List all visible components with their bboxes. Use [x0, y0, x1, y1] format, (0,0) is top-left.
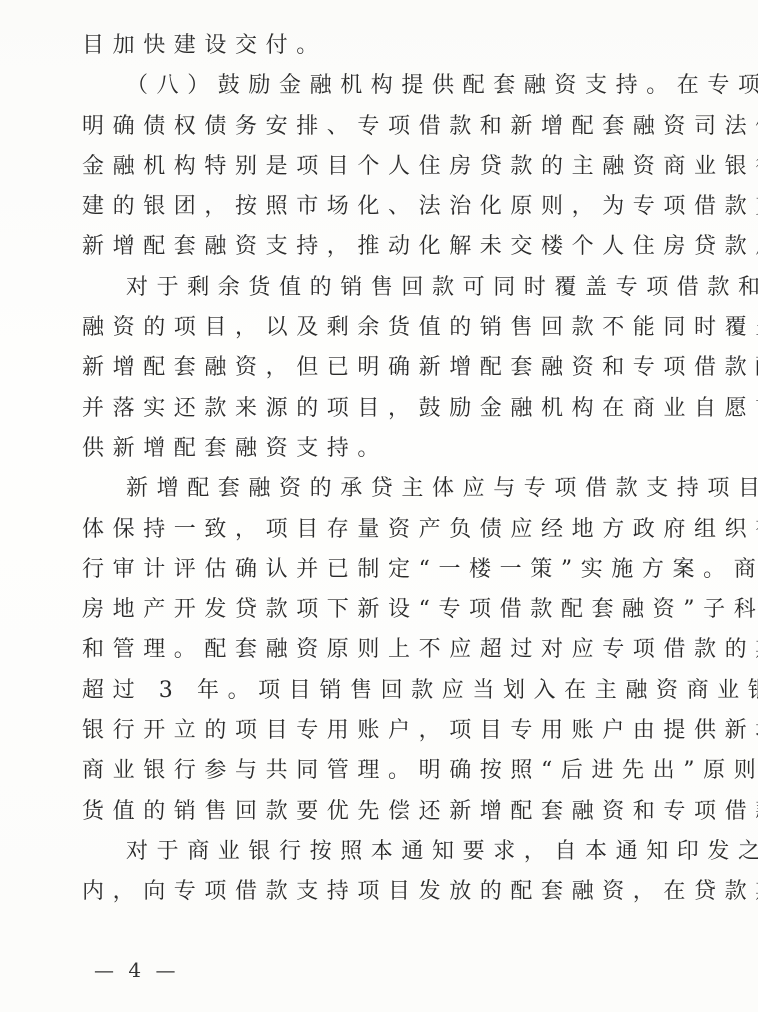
text-line: 超过 3 年。项目销售回款应当划入在主融资商业银行或其他商业: [82, 671, 704, 711]
text-line: 目加快建设交付。: [82, 26, 704, 66]
paragraph-first-line: 新增配套融资的承贷主体应与专项借款支持项目的实施主: [82, 469, 704, 509]
paragraph-first-line: 对于剩余货值的销售回款可同时覆盖专项借款和新增配套: [82, 268, 704, 308]
text-line: 内，向专项借款支持项目发放的配套融资，在贷款期限内不下调: [82, 872, 704, 912]
paragraph-first-line: （八）鼓励金融机构提供配套融资支持。在专项借款支持项目: [82, 66, 704, 106]
text-line: 建的银团，按照市场化、法治化原则，为专项借款支持项目提供: [82, 187, 704, 227]
text-line: 融资的项目，以及剩余货值的销售回款不能同时覆盖专项借款和: [82, 308, 704, 348]
text-line: 金融机构特别是项目个人住房贷款的主融资商业银行或其牵头组: [82, 147, 704, 187]
text-line: 银行开立的项目专用账户，项目专用账户由提供新增配套融资的: [82, 711, 704, 751]
paragraph-first-line: 对于商业银行按照本通知要求，自本通知印发之日起半年: [82, 832, 704, 872]
text-line: 新增配套融资，但已明确新增配套融资和专项借款配套机制安排: [82, 348, 704, 388]
text-line: 体保持一致，项目存量资产负债应经地方政府组织有资质机构进: [82, 510, 704, 550]
page-number: — 4 —: [94, 958, 179, 982]
text-line: 货值的销售回款要优先偿还新增配套融资和专项借款。: [82, 792, 704, 832]
text-line: 和管理。配套融资原则上不应超过对应专项借款的期限，最长不: [82, 630, 704, 670]
text-line: 行审计评估确认并已制定“一楼一策”实施方案。商业银行可在: [82, 550, 704, 590]
text-line: 新增配套融资支持，推动化解未交楼个人住房贷款风险。: [82, 227, 704, 267]
text-line: 商业银行参与共同管理。明确按照“后进先出”原则，项目剩余: [82, 751, 704, 791]
text-line: 并落实还款来源的项目，鼓励金融机构在商业自愿前提下积极提: [82, 389, 704, 429]
text-line: 明确债权债务安排、专项借款和新增配套融资司法保障后，鼓励: [82, 107, 704, 147]
document-body: 目加快建设交付。（八）鼓励金融机构提供配套融资支持。在专项借款支持项目明确债权债…: [82, 26, 704, 913]
text-line: 供新增配套融资支持。: [82, 429, 704, 469]
text-line: 房地产开发贷款项下新设“专项借款配套融资”子科目用于统计: [82, 590, 704, 630]
document-page: 目加快建设交付。（八）鼓励金融机构提供配套融资支持。在专项借款支持项目明确债权债…: [0, 0, 758, 1012]
